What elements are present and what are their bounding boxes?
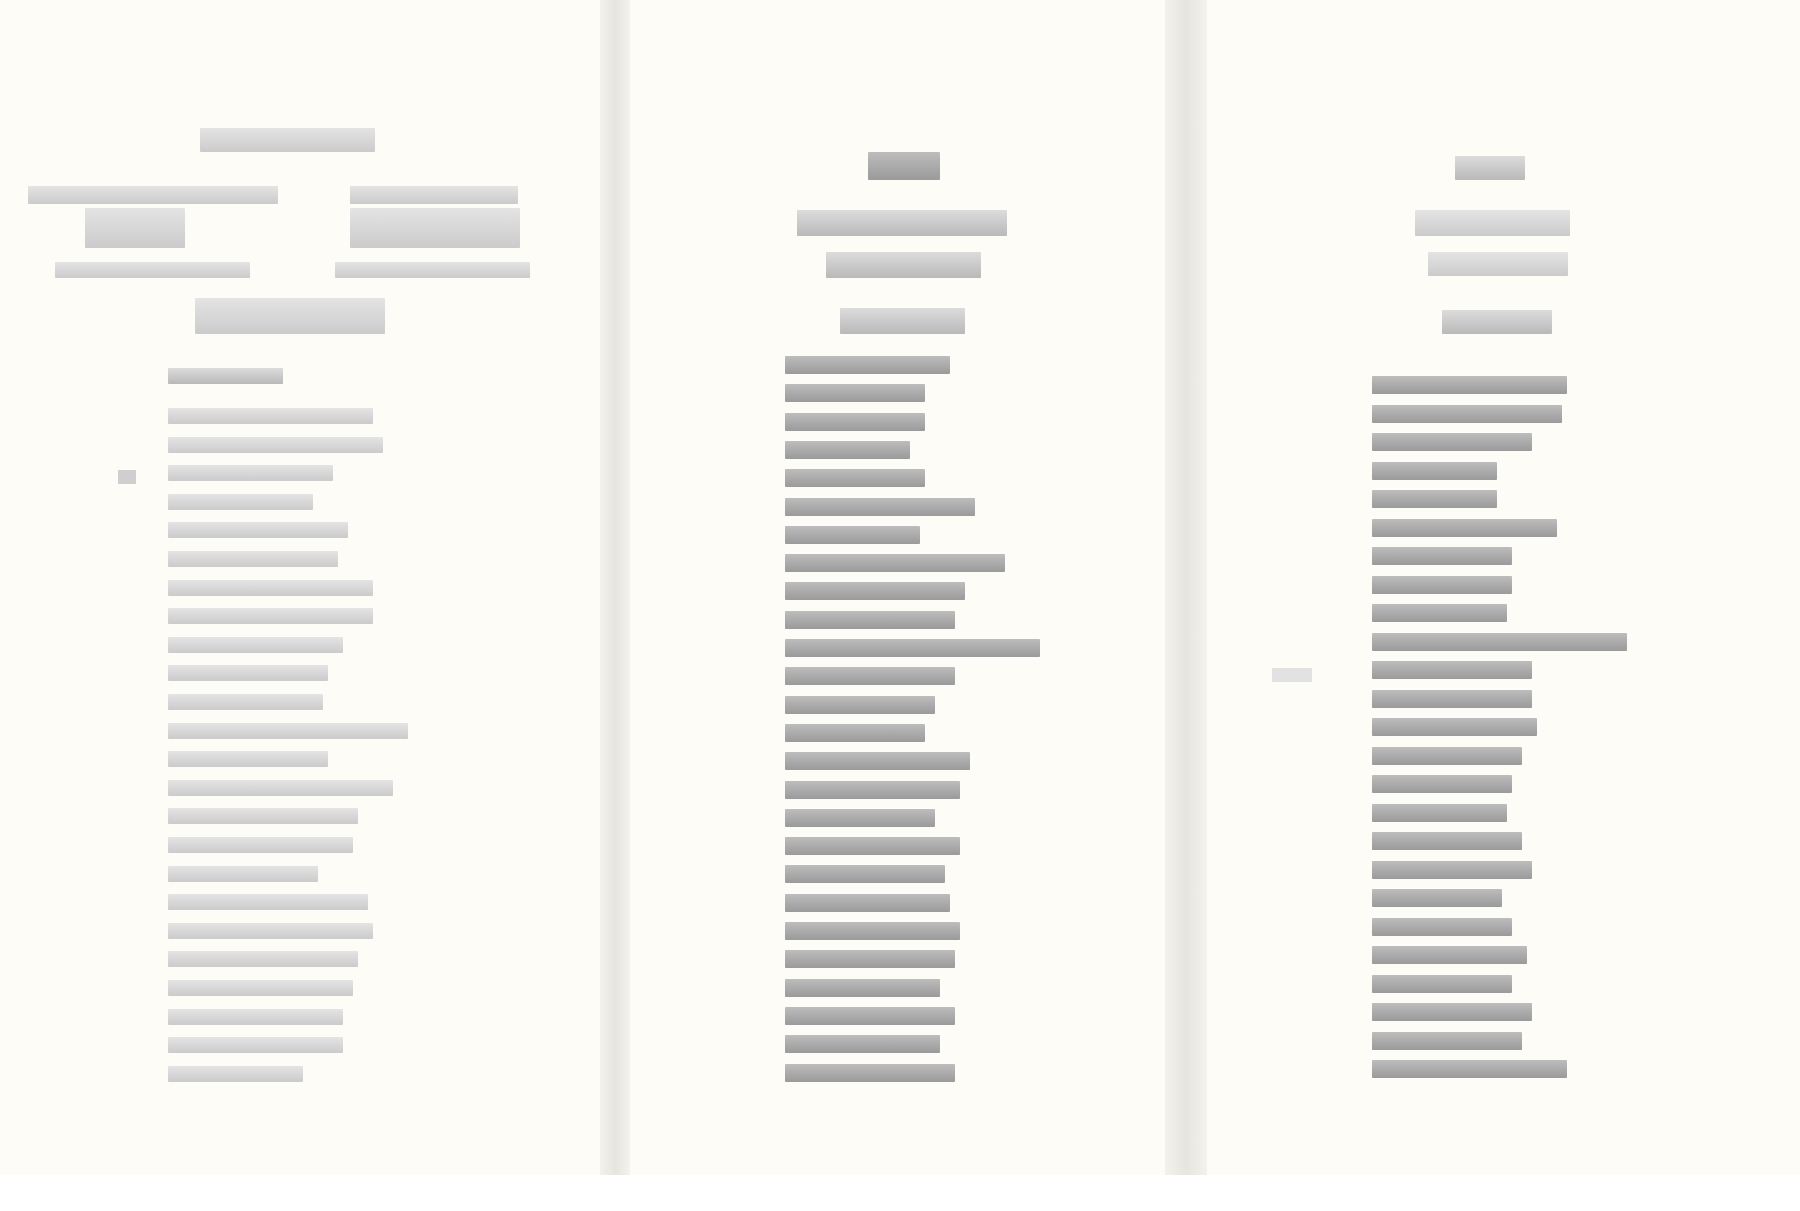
list-line	[1372, 975, 1512, 993]
list-line	[785, 1035, 940, 1053]
list-line	[785, 865, 945, 883]
page-gutter	[600, 0, 630, 1175]
list-line	[168, 580, 373, 596]
list-line	[785, 979, 940, 997]
list-line	[785, 667, 955, 685]
list-line	[1372, 376, 1567, 394]
page-title	[1415, 210, 1570, 236]
header-line	[85, 208, 185, 248]
header-line	[195, 298, 385, 334]
list-line	[785, 413, 925, 431]
list-line	[785, 696, 935, 714]
list-line	[785, 1007, 955, 1025]
list-line	[1372, 462, 1497, 480]
page-subtitle	[1428, 252, 1568, 276]
page-subtitle	[826, 252, 981, 278]
margin-marker	[118, 470, 136, 484]
header-line	[55, 262, 250, 278]
list-line	[168, 637, 343, 653]
list-line	[1372, 576, 1512, 594]
list-line	[168, 751, 328, 767]
list-line	[168, 437, 383, 453]
list-line	[785, 950, 955, 968]
list-line	[785, 611, 955, 629]
header-line	[200, 128, 375, 152]
list-line	[1372, 832, 1522, 850]
list-line	[785, 809, 935, 827]
list-line	[785, 639, 1040, 657]
list-line	[168, 1037, 343, 1053]
list-line	[785, 356, 950, 374]
list-line	[785, 752, 970, 770]
page-marker	[868, 152, 940, 180]
section-label	[840, 308, 965, 334]
list-line	[168, 723, 408, 739]
list-line	[785, 922, 960, 940]
page-marker	[1455, 156, 1525, 180]
list-line	[168, 494, 313, 510]
list-line	[168, 951, 358, 967]
list-line	[1372, 405, 1562, 423]
list-line	[1372, 1060, 1567, 1078]
list-line	[1372, 1032, 1522, 1050]
list-line	[168, 465, 333, 481]
header-line	[350, 186, 518, 204]
list-line	[168, 408, 373, 424]
list-line	[785, 1064, 955, 1082]
section-label	[1442, 310, 1552, 334]
list-line	[1372, 633, 1627, 651]
list-line	[168, 522, 348, 538]
list-line	[168, 1066, 303, 1082]
margin-marker	[1272, 668, 1312, 682]
page-title	[797, 210, 1007, 236]
list-line	[1372, 718, 1537, 736]
list-line	[168, 923, 373, 939]
list-line	[785, 781, 960, 799]
list-line	[1372, 547, 1512, 565]
list-line	[785, 582, 965, 600]
list-line	[1372, 747, 1522, 765]
list-line	[1372, 946, 1527, 964]
list-line	[1372, 889, 1502, 907]
list-line	[1372, 861, 1532, 879]
list-line	[785, 498, 975, 516]
list-line	[168, 980, 353, 996]
list-line	[785, 724, 925, 742]
list-line	[168, 780, 393, 796]
list-line	[168, 866, 318, 882]
list-line	[168, 608, 373, 624]
list-line	[785, 554, 1005, 572]
list-line	[168, 694, 323, 710]
list-line	[168, 665, 328, 681]
section-label	[168, 368, 283, 384]
list-line	[168, 1009, 343, 1025]
list-line	[785, 384, 925, 402]
list-line	[785, 894, 950, 912]
list-line	[168, 837, 353, 853]
list-line	[1372, 804, 1507, 822]
list-line	[1372, 661, 1532, 679]
list-line	[1372, 604, 1507, 622]
list-line	[168, 551, 338, 567]
list-line	[1372, 775, 1512, 793]
list-line	[785, 526, 920, 544]
list-line	[785, 441, 910, 459]
list-line	[1372, 690, 1532, 708]
header-line	[28, 186, 278, 204]
list-line	[168, 894, 368, 910]
list-line	[785, 469, 925, 487]
list-line	[1372, 519, 1557, 537]
list-line	[1372, 918, 1512, 936]
page-gutter	[1165, 0, 1207, 1175]
list-line	[1372, 433, 1532, 451]
list-line	[1372, 490, 1497, 508]
list-line	[168, 808, 358, 824]
list-line	[785, 837, 960, 855]
header-line	[350, 208, 520, 248]
header-line	[335, 262, 530, 278]
list-line	[1372, 1003, 1532, 1021]
